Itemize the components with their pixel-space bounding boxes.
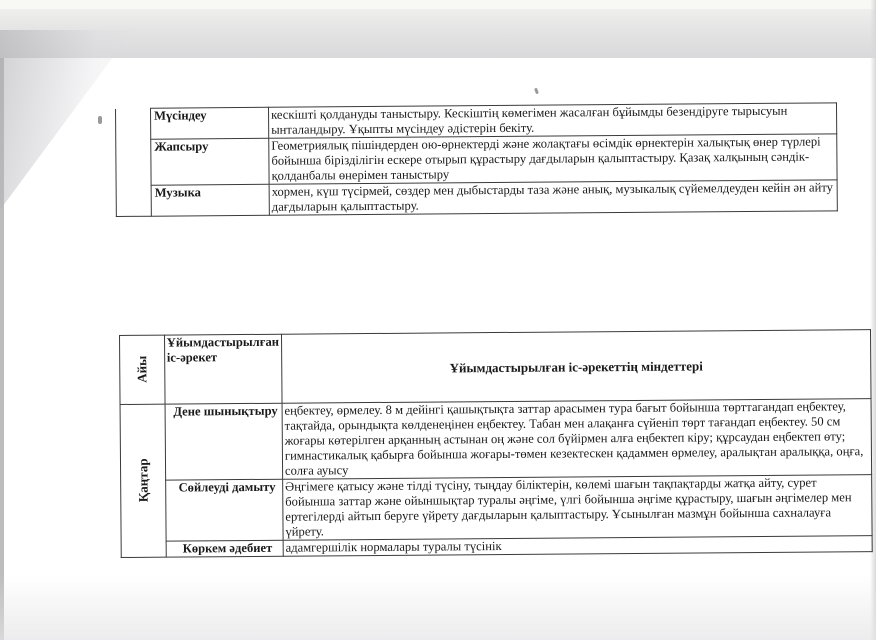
month-label: Қаңтар: [135, 458, 150, 502]
table-row: Сөйлеуді дамыту Әңгімеге қатысу және тіл…: [121, 475, 872, 542]
activities-table-continued: Мүсіндеу кескішті қолдануды таныстыру. К…: [115, 102, 838, 217]
header-tasks: Ұйымдастырылған іс-әрекеттің міндеттері: [281, 330, 871, 404]
activity-name: Мүсіндеу: [151, 107, 269, 139]
activity-name: Көркем әдебиет: [166, 540, 283, 557]
header-month-label: Айы: [135, 356, 150, 383]
activity-name: Дене шынықтыру: [165, 403, 283, 480]
activity-description: хормен, күш түсірмей, сөздер мен дыбыста…: [269, 180, 837, 215]
activity-name: Сөйлеуді дамыту: [165, 479, 283, 541]
scanner-shadow-bottom: [0, 575, 876, 640]
activities-table-january: Айы Ұйымдастырылған іс-әрекет Ұйымдастыр…: [119, 329, 873, 558]
activity-description: адамгершілік нормалары туралы түсінік: [283, 536, 872, 557]
scan-speck: [98, 116, 102, 124]
activity-description: еңбектеу, өрмелеу. 8 м дейінгі қашықтықт…: [282, 399, 872, 480]
month-cell-empty: [116, 108, 152, 216]
table-header-row: Айы Ұйымдастырылған іс-әрекет Ұйымдастыр…: [120, 330, 872, 405]
header-month: Айы: [120, 335, 165, 404]
month-cell: Қаңтар: [120, 404, 166, 557]
activity-description: Әңгімеге қатысу және тілді түсіну, тыңда…: [283, 475, 873, 541]
activity-description: кескішті қолдануды таныстыру. Кескіштің …: [268, 103, 836, 138]
table-row: Жапсыру Геометриялық пішіндерден ою-өрне…: [116, 134, 837, 186]
table-row: Қаңтар Дене шынықтыру еңбектеу, өрмелеу.…: [120, 399, 872, 481]
scanner-strip: [0, 0, 876, 9]
scan-speck: [534, 88, 539, 95]
activity-name: Жапсыру: [151, 138, 269, 185]
header-activity: Ұйымдастырылған іс-әрекет: [164, 334, 282, 404]
table-row: Музыка хормен, күш түсірмей, сөздер мен …: [116, 180, 837, 217]
activity-name: Музыка: [151, 184, 269, 216]
activity-description: Геометриялық пішіндерден ою-өрнектерді ж…: [269, 134, 837, 184]
